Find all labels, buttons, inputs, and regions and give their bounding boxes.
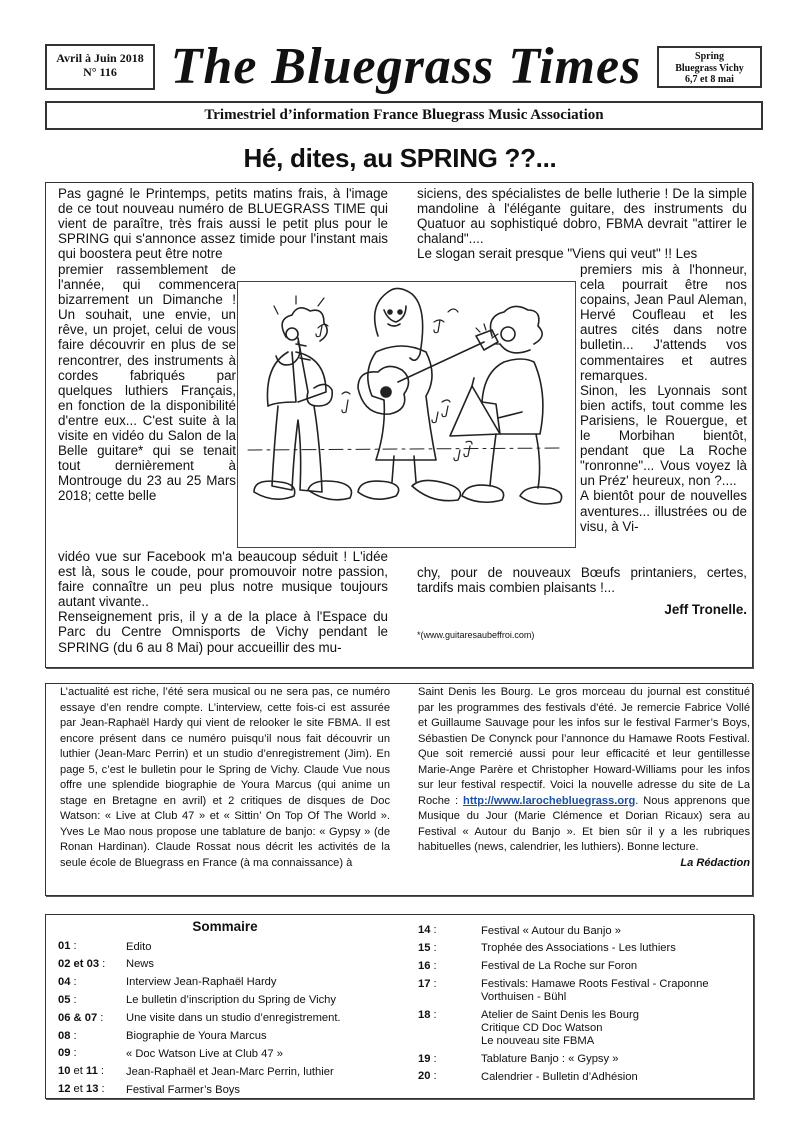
newspaper-title: The Bluegrass Times (158, 36, 654, 98)
toc-entry-title: Festival « Autour du Banjo » (481, 922, 758, 940)
toc-page-number: 05 : (58, 992, 126, 1010)
toc-entry-title: Atelier de Saint Denis les Bourg Critiqu… (481, 1007, 758, 1051)
toc-page-number: 12 et 13 : (58, 1081, 126, 1099)
toc-page-number: 15 : (418, 940, 481, 958)
toc-entry-title: News (126, 956, 398, 974)
article-text: Renseignement pris, il y a de la place à… (58, 609, 388, 654)
toc-entry: 02 et 03 :News (58, 956, 398, 974)
article-text: Le slogan serait presque "Viens qui veut… (417, 246, 747, 261)
toc-left-column: 01 :Edito 02 et 03 :News 04 :Interview J… (58, 938, 398, 1099)
article-paragraph: vidéo vue sur Facebook m'a beaucoup sédu… (58, 549, 388, 655)
toc-entry-title: Biographie de Youra Marcus (126, 1028, 398, 1046)
toc-entry: 18 :Atelier de Saint Denis les Bourg Cri… (418, 1007, 758, 1051)
summary-text-right: Saint Denis les Bourg. Le gros morceau d… (418, 685, 750, 871)
event-info-box: Spring Bluegrass Vichy 6,7 et 8 mai (657, 46, 762, 88)
event-dates: 6,7 et 8 mai (659, 74, 760, 86)
article-text: premier rassemblement de l'année, qui co… (58, 262, 236, 504)
article-text: chy, pour de nouveaux Bœufs printaniers,… (417, 565, 747, 595)
article-paragraph: premier rassemblement de l'année, qui co… (58, 262, 236, 504)
toc-entry: 12 et 13 :Festival Farmer’s Boys (58, 1081, 398, 1099)
toc-entry: 16 :Festival de La Roche sur Foron (418, 958, 758, 976)
toc-entry: 14 :Festival « Autour du Banjo » (418, 922, 758, 940)
toc-page-number: 16 : (418, 958, 481, 976)
event-name: Spring (659, 51, 760, 63)
toc-page-number: 20 : (418, 1068, 481, 1086)
toc-entry-title: Festival de La Roche sur Foron (481, 958, 758, 976)
toc-entry-title: Jean-Raphaël et Jean-Marc Perrin, luthie… (126, 1063, 398, 1081)
toc-page-number: 14 : (418, 922, 481, 940)
issue-date: Avril à Juin 2018 (47, 52, 153, 66)
toc-entry: 04 :Interview Jean-Raphaël Hardy (58, 974, 398, 992)
musicians-cartoon-icon (238, 282, 574, 546)
article-paragraph: siciens, des spécialistes de belle luthe… (417, 186, 747, 261)
toc-entry: 17 :Festivals: Hamawe Roots Festival - C… (418, 976, 758, 1007)
toc-entry-title: Festival Farmer’s Boys (126, 1081, 398, 1099)
article-text: siciens, des spécialistes de belle luthe… (417, 186, 747, 246)
tagline: Trimestriel d’information France Bluegra… (45, 101, 763, 130)
toc-page-number: 17 : (418, 976, 481, 1007)
toc-entry-title: Tablature Banjo : « Gypsy » (481, 1051, 758, 1069)
summary-text: Saint Denis les Bourg. Le gros morceau d… (418, 686, 750, 807)
toc-page-number: 10 et 11 : (58, 1063, 126, 1081)
article-text: A bientôt pour de nouvelles aventures...… (580, 488, 747, 533)
footnote: *(www.guitaresaubeffroi.com) (417, 630, 747, 640)
toc-page-number: 09 : (58, 1045, 126, 1063)
toc-right-column: 14 :Festival « Autour du Banjo » 15 :Tro… (418, 922, 758, 1086)
toc-entry-title: Le bulletin d’inscription du Spring de V… (126, 992, 398, 1010)
issue-number: N° 116 (47, 66, 153, 80)
article-headline: Hé, dites, au SPRING ??... (0, 143, 800, 174)
event-location: Bluegrass Vichy (659, 63, 760, 75)
issue-info-box: Avril à Juin 2018 N° 116 (45, 44, 155, 90)
toc-entry: 09 :« Doc Watson Live at Club 47 » (58, 1045, 398, 1063)
toc-entry-title: Edito (126, 938, 398, 956)
toc-entry-title: Festivals: Hamawe Roots Festival - Crapo… (481, 976, 758, 1007)
toc-entry-title: Calendrier - Bulletin d’Adhésion (481, 1068, 758, 1086)
toc-page-number: 19 : (418, 1051, 481, 1069)
article-text: vidéo vue sur Facebook m'a beaucoup sédu… (58, 549, 388, 609)
summary-text-left: L’actualité est riche, l’été sera musica… (60, 685, 390, 871)
toc-page-number: 02 et 03 : (58, 956, 126, 974)
article-text: Pas gagné le Printemps, petits matins fr… (58, 186, 388, 261)
toc-page-number: 04 : (58, 974, 126, 992)
toc-page-number: 18 : (418, 1007, 481, 1051)
toc-entry-title: « Doc Watson Live at Club 47 » (126, 1045, 398, 1063)
toc-page-number: 08 : (58, 1028, 126, 1046)
article-paragraph: Pas gagné le Printemps, petits matins fr… (58, 186, 388, 261)
toc-entry: 15 :Trophée des Associations - Les luthi… (418, 940, 758, 958)
toc-entry: 20 :Calendrier - Bulletin d’Adhésion (418, 1068, 758, 1086)
musicians-illustration (237, 281, 576, 548)
toc-entry-title: Une visite dans un studio d’enregistreme… (126, 1010, 398, 1028)
article-text: premiers mis à l'honneur, cela pourrait … (580, 262, 747, 383)
toc-entry: 05 :Le bulletin d’inscription du Spring … (58, 992, 398, 1010)
toc-entry-title: Interview Jean-Raphaël Hardy (126, 974, 398, 992)
toc-entry: 01 :Edito (58, 938, 398, 956)
la-roche-website-link[interactable]: http://www.larochebluegrass.org (463, 795, 635, 807)
article-text: Sinon, les Lyonnais sont bien actifs, to… (580, 383, 747, 489)
toc-entry-title: Trophée des Associations - Les luthiers (481, 940, 758, 958)
article-paragraph: chy, pour de nouveaux Bœufs printaniers,… (417, 565, 747, 595)
summary-signature: La Rédaction (418, 856, 750, 872)
toc-page-number: 01 : (58, 938, 126, 956)
toc-entry: 10 et 11 :Jean-Raphaël et Jean-Marc Perr… (58, 1063, 398, 1081)
author-signature: Jeff Tronelle. (417, 602, 747, 617)
toc-entry: 19 :Tablature Banjo : « Gypsy » (418, 1051, 758, 1069)
article-paragraph: premiers mis à l'honneur, cela pourrait … (580, 262, 747, 534)
toc-entry: 06 & 07 :Une visite dans un studio d’enr… (58, 1010, 398, 1028)
toc-title: Sommaire (45, 919, 405, 934)
toc-entry: 08 :Biographie de Youra Marcus (58, 1028, 398, 1046)
toc-page-number: 06 & 07 : (58, 1010, 126, 1028)
